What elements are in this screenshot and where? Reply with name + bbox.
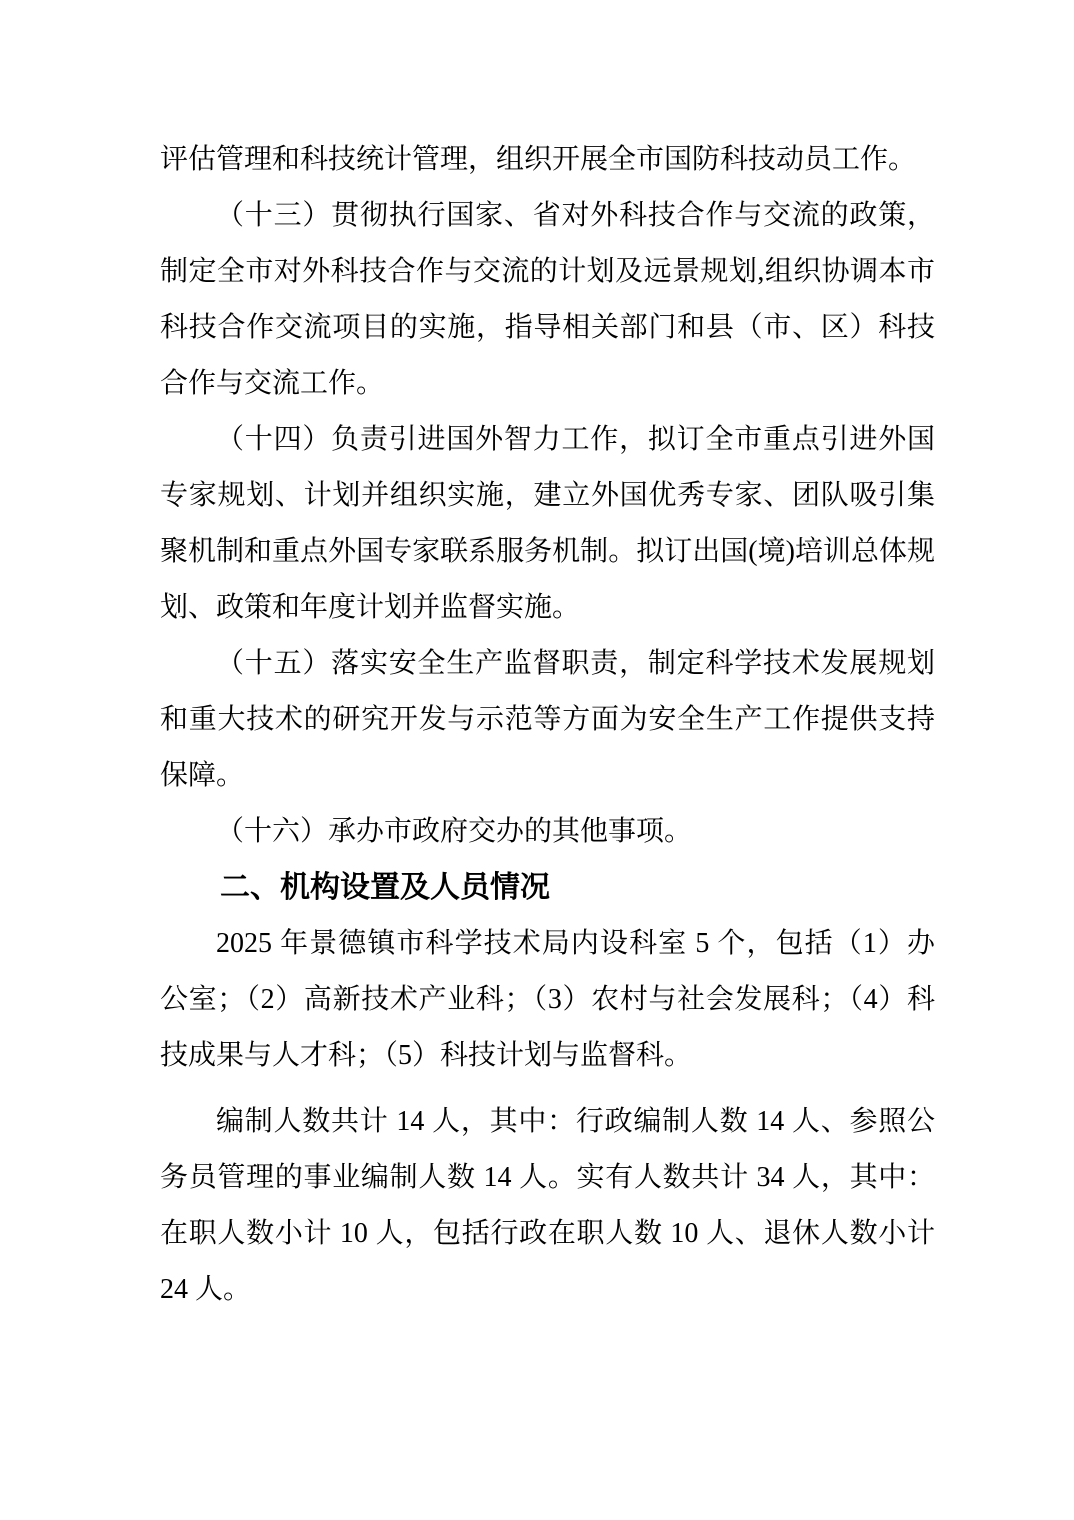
section-heading-organization: 二、机构设置及人员情况 (160, 860, 935, 916)
para-duty-15: （十五）落实安全生产监督职责，制定科学技术发展规划和重大技术的研究开发与示范等方… (160, 636, 935, 804)
para-internal-departments: 2025 年景德镇市科学技术局内设科室 5 个，包括（1）办公室；（2）高新技术… (160, 916, 935, 1084)
para-staffing-numbers: 编制人数共计 14 人，其中：行政编制人数 14 人、参照公务员管理的事业编制人… (160, 1094, 935, 1318)
document-page: 评估管理和科技统计管理，组织开展全市国防科技动员工作。 （十三）贯彻执行国家、省… (0, 0, 1074, 1520)
para-duty-12-continuation: 评估管理和科技统计管理，组织开展全市国防科技动员工作。 (160, 132, 935, 188)
para-duty-13: （十三）贯彻执行国家、省对外科技合作与交流的政策，制定全市对外科技合作与交流的计… (160, 188, 935, 412)
para-duty-16: （十六）承办市政府交办的其他事项。 (160, 804, 935, 860)
para-duty-14: （十四）负责引进国外智力工作，拟订全市重点引进外国专家规划、计划并组织实施，建立… (160, 412, 935, 636)
